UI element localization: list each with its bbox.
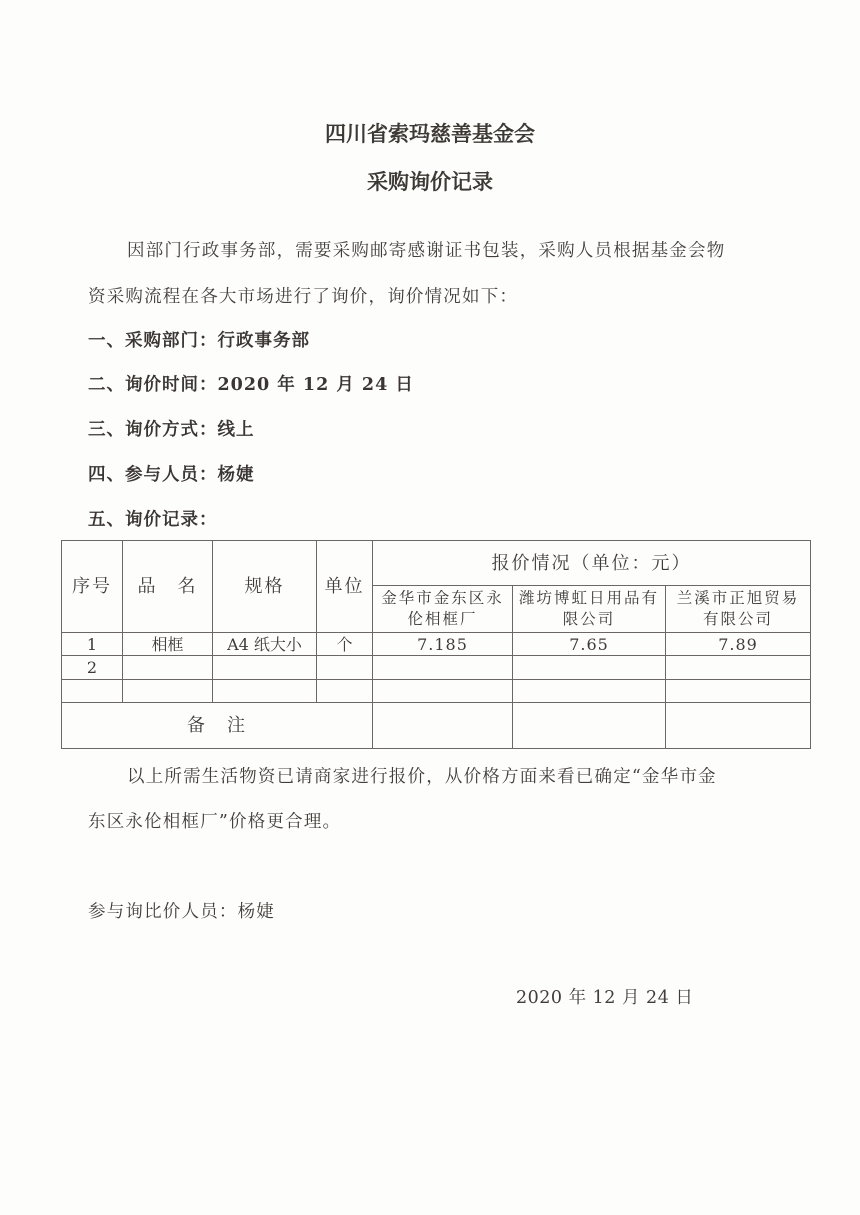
header-spec: 规格 xyxy=(213,541,317,633)
document-title: 采购询价记录 xyxy=(0,166,860,196)
item-inquiry-method: 三、询价方式：线上 xyxy=(88,416,255,441)
cell-spec xyxy=(213,656,317,680)
cell-seq xyxy=(62,680,123,703)
header-unit: 单位 xyxy=(317,541,373,633)
intro-line-1: 因部门行政事务部，需要采购邮寄感谢证书包装，采购人员根据基金会物 xyxy=(127,237,725,262)
cell-unit xyxy=(317,680,373,703)
cell-unit: 个 xyxy=(317,633,373,656)
remarks-label: 备 注 xyxy=(62,703,373,749)
item-inquiry-date: 二、询价时间：2020 年 12 月 24 日 xyxy=(88,371,414,396)
item-inquiry-record: 五、询价记录： xyxy=(88,506,218,531)
item-label: 一、采购部门： xyxy=(88,331,218,351)
cell-spec xyxy=(213,680,317,703)
cell-spec: A4 纸大小 xyxy=(213,633,317,656)
intro-line-2: 资采购流程在各大市场进行了询价，询价情况如下： xyxy=(88,283,518,308)
header-supplier-2: 潍坊博虹日用品有限公司 xyxy=(513,586,666,633)
cell-seq: 2 xyxy=(62,656,123,680)
participants-signature: 参与询比价人员：杨婕 xyxy=(88,898,275,923)
cell-price-supplier-3: 7.89 xyxy=(666,633,811,656)
cell-price-supplier-2 xyxy=(513,680,666,703)
cell-price-supplier-2 xyxy=(513,656,666,680)
cell-item-name xyxy=(123,680,213,703)
conclusion-line-2: 东区永伦相框厂”价格更合理。 xyxy=(88,808,341,833)
cell-unit xyxy=(317,656,373,680)
remarks-supplier-3 xyxy=(666,703,811,749)
item-value: 行政事务部 xyxy=(218,331,311,351)
item-label: 四、参与人员： xyxy=(88,465,218,485)
cell-price-supplier-1 xyxy=(373,656,513,680)
header-item-name: 品 名 xyxy=(123,541,213,633)
cell-item-name xyxy=(123,656,213,680)
table-row xyxy=(62,680,811,703)
item-label: 三、询价方式： xyxy=(88,420,218,440)
cell-price-supplier-2: 7.65 xyxy=(513,633,666,656)
item-label: 二、询价时间： xyxy=(88,375,218,395)
inquiry-record-table: 序号 品 名 规格 单位 报价情况（单位：元） 金华市金东区永伦相框厂 潍坊博虹… xyxy=(61,540,811,749)
item-participants: 四、参与人员：杨婕 xyxy=(88,461,255,486)
supplier-name-line: 伦相框厂 xyxy=(373,609,512,630)
item-value: 杨婕 xyxy=(218,465,255,485)
item-value: 2020 年 12 月 24 日 xyxy=(218,375,414,395)
remarks-supplier-2 xyxy=(513,703,666,749)
header-seq: 序号 xyxy=(62,541,123,633)
header-quote-group: 报价情况（单位：元） xyxy=(373,541,811,586)
cell-seq: 1 xyxy=(62,633,123,656)
conclusion-line-1: 以上所需生活物资已请商家进行报价，从价格方面来看已确定“金华市金 xyxy=(127,763,717,788)
cell-price-supplier-1 xyxy=(373,680,513,703)
supplier-name-line: 有限公司 xyxy=(666,609,810,630)
table-row: 1 相框 A4 纸大小 个 7.185 7.65 7.89 xyxy=(62,633,811,656)
cell-price-supplier-3 xyxy=(666,680,811,703)
remarks-supplier-1 xyxy=(373,703,513,749)
supplier-name-line: 兰溪市正旭贸易 xyxy=(666,588,810,609)
supplier-name-line: 金华市金东区永 xyxy=(373,588,512,609)
remarks-row: 备 注 xyxy=(62,703,811,749)
supplier-name-line: 限公司 xyxy=(513,609,665,630)
org-title: 四川省索玛慈善基金会 xyxy=(0,118,860,148)
cell-item-name: 相框 xyxy=(123,633,213,656)
cell-price-supplier-1: 7.185 xyxy=(373,633,513,656)
document-date: 2020 年 12 月 24 日 xyxy=(516,984,693,1009)
item-label: 五、询价记录： xyxy=(88,510,218,530)
header-supplier-1: 金华市金东区永伦相框厂 xyxy=(373,586,513,633)
item-value: 线上 xyxy=(218,420,255,440)
table-row: 2 xyxy=(62,656,811,680)
cell-price-supplier-3 xyxy=(666,656,811,680)
header-supplier-3: 兰溪市正旭贸易有限公司 xyxy=(666,586,811,633)
item-department: 一、采购部门：行政事务部 xyxy=(88,327,310,352)
supplier-name-line: 潍坊博虹日用品有 xyxy=(513,588,665,609)
